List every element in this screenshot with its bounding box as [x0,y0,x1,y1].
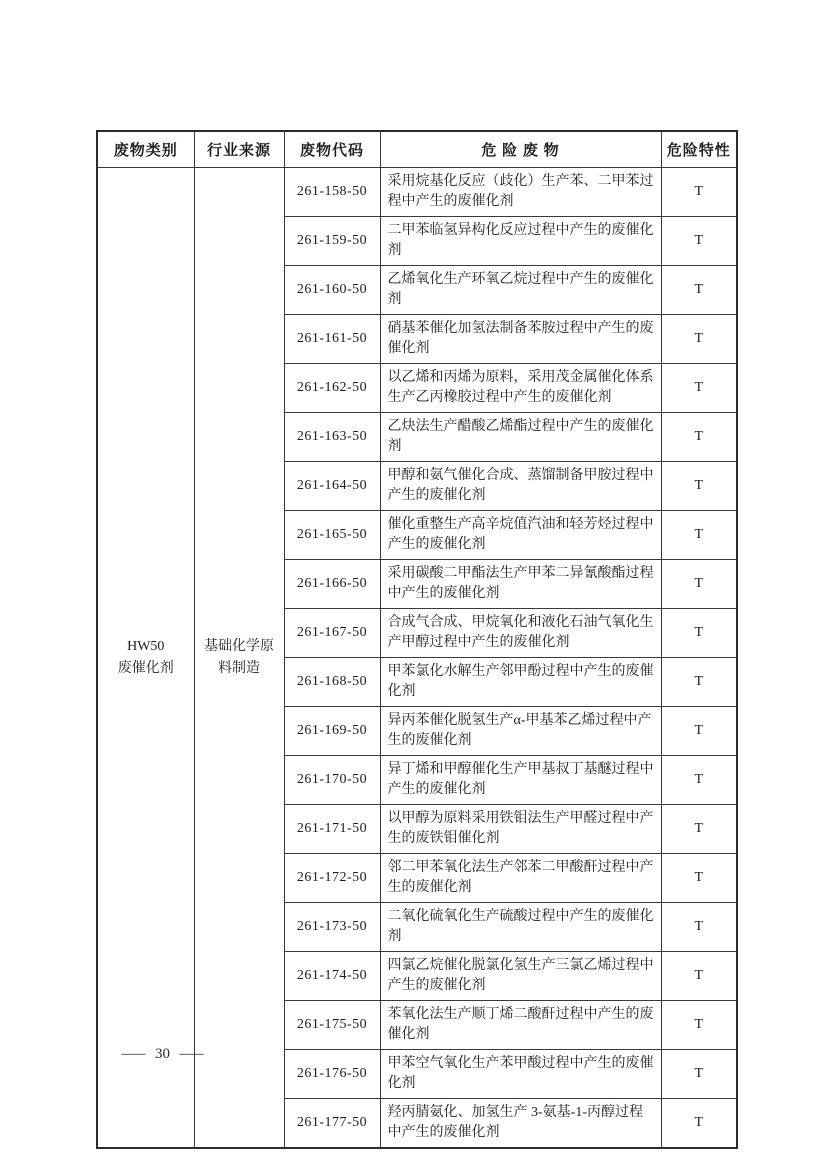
waste-description-cell: 以甲醇为原料采用铁钼法生产甲醛过程中产生的废铁钼催化剂 [380,805,661,854]
waste-code-cell: 261-172-50 [284,854,380,903]
hazard-property-cell: T [661,1099,737,1149]
waste-description-cell: 硝基苯催化加氢法制备苯胺过程中产生的废催化剂 [380,315,661,364]
hazard-property-cell: T [661,462,737,511]
waste-description-cell: 合成气合成、甲烷氧化和液化石油气氧化生产甲醇过程中产生的废催化剂 [380,609,661,658]
col-header-industry-source: 行业来源 [194,131,284,168]
hazard-property-cell: T [661,560,737,609]
hazard-property-cell: T [661,756,737,805]
waste-description-cell: 四氯乙烷催化脱氯化氢生产三氯乙烯过程中产生的废催化剂 [380,952,661,1001]
waste-description-cell: 甲苯空气氧化生产苯甲酸过程中产生的废催化剂 [380,1050,661,1099]
waste-code-cell: 261-161-50 [284,315,380,364]
hazard-property-cell: T [661,511,737,560]
col-header-hazard-property: 危险特性 [661,131,737,168]
industry-source-text: 基础化学原料制造 [201,636,278,680]
col-header-hazardous-waste: 危 险 废 物 [380,131,661,168]
waste-description-cell: 催化重整生产高辛烷值汽油和轻芳烃过程中产生的废催化剂 [380,511,661,560]
hazard-property-cell: T [661,854,737,903]
waste-description-cell: 羟丙腈氨化、加氢生产 3-氨基-1-丙醇过程中产生的废催化剂 [380,1099,661,1149]
col-header-waste-category: 废物类别 [97,131,194,168]
hazard-property-cell: T [661,266,737,315]
table-container: 废物类别 行业来源 废物代码 危 险 废 物 危险特性 HW50废催化剂基础化学… [96,130,736,1149]
waste-code-cell: 261-166-50 [284,560,380,609]
waste-description-cell: 乙炔法生产醋酸乙烯酯过程中产生的废催化剂 [380,413,661,462]
waste-description-cell: 邻二甲苯氧化法生产邻苯二甲酸酐过程中产生的废催化剂 [380,854,661,903]
hazard-property-cell: T [661,707,737,756]
waste-code-cell: 261-170-50 [284,756,380,805]
waste-code-cell: 261-173-50 [284,903,380,952]
hazard-property-cell: T [661,217,737,266]
waste-code-cell: 261-160-50 [284,266,380,315]
hazard-property-cell: T [661,805,737,854]
waste-code-cell: 261-175-50 [284,1001,380,1050]
waste-code-cell: 261-169-50 [284,707,380,756]
hazard-property-cell: T [661,1001,737,1050]
document-page: 废物类别 行业来源 废物代码 危 险 废 物 危险特性 HW50废催化剂基础化学… [0,0,826,1169]
waste-description-cell: 采用烷基化反应（歧化）生产苯、二甲苯过程中产生的废催化剂 [380,168,661,217]
hazard-property-cell: T [661,609,737,658]
footer-right-dash: — [180,1046,204,1063]
waste-code-cell: 261-163-50 [284,413,380,462]
hazard-property-cell: T [661,168,737,217]
table-body: HW50废催化剂基础化学原料制造261-158-50采用烷基化反应（歧化）生产苯… [97,168,737,1149]
waste-description-cell: 甲醇和氨气催化合成、蒸馏制备甲胺过程中产生的废催化剂 [380,462,661,511]
col-header-waste-code: 废物代码 [284,131,380,168]
waste-description-cell: 二甲苯临氢异构化反应过程中产生的废催化剂 [380,217,661,266]
waste-code-cell: 261-171-50 [284,805,380,854]
page-number: 30 [155,1046,170,1062]
waste-description-cell: 以乙烯和丙烯为原料，采用茂金属催化体系生产乙丙橡胶过程中产生的废催化剂 [380,364,661,413]
waste-code-cell: 261-168-50 [284,658,380,707]
waste-description-cell: 乙烯氧化生产环氧乙烷过程中产生的废催化剂 [380,266,661,315]
waste-description-cell: 异丁烯和甲醇催化生产甲基叔丁基醚过程中产生的废催化剂 [380,756,661,805]
waste-description-cell: 异丙苯催化脱氢生产α-甲基苯乙烯过程中产生的废催化剂 [380,707,661,756]
waste-code-cell: 261-164-50 [284,462,380,511]
hazard-property-cell: T [661,903,737,952]
hazard-property-cell: T [661,413,737,462]
waste-code-cell: 261-158-50 [284,168,380,217]
industry-source-cell: 基础化学原料制造 [194,168,284,1149]
hazard-property-cell: T [661,1050,737,1099]
waste-code-cell: 261-167-50 [284,609,380,658]
waste-code-cell: 261-177-50 [284,1099,380,1149]
waste-category-name: 废催化剂 [104,658,188,680]
waste-category-code: HW50 [104,636,188,658]
hazard-property-cell: T [661,315,737,364]
waste-description-cell: 采用碳酸二甲酯法生产甲苯二异氰酸酯过程中产生的废催化剂 [380,560,661,609]
waste-code-cell: 261-162-50 [284,364,380,413]
table-header-row: 废物类别 行业来源 废物代码 危 险 废 物 危险特性 [97,131,737,168]
waste-code-cell: 261-159-50 [284,217,380,266]
footer-left-dash: — [122,1046,146,1063]
waste-code-cell: 261-165-50 [284,511,380,560]
hazard-property-cell: T [661,364,737,413]
page-footer: —30— [112,1046,213,1063]
hazardous-waste-table: 废物类别 行业来源 废物代码 危 险 废 物 危险特性 HW50废催化剂基础化学… [96,130,738,1149]
waste-code-cell: 261-176-50 [284,1050,380,1099]
table-row: HW50废催化剂基础化学原料制造261-158-50采用烷基化反应（歧化）生产苯… [97,168,737,217]
waste-category-cell: HW50废催化剂 [97,168,194,1149]
waste-description-cell: 苯氧化法生产顺丁烯二酸酐过程中产生的废催化剂 [380,1001,661,1050]
waste-code-cell: 261-174-50 [284,952,380,1001]
hazard-property-cell: T [661,658,737,707]
waste-description-cell: 二氧化硫氧化生产硫酸过程中产生的废催化剂 [380,903,661,952]
waste-description-cell: 甲苯氯化水解生产邻甲酚过程中产生的废催化剂 [380,658,661,707]
hazard-property-cell: T [661,952,737,1001]
